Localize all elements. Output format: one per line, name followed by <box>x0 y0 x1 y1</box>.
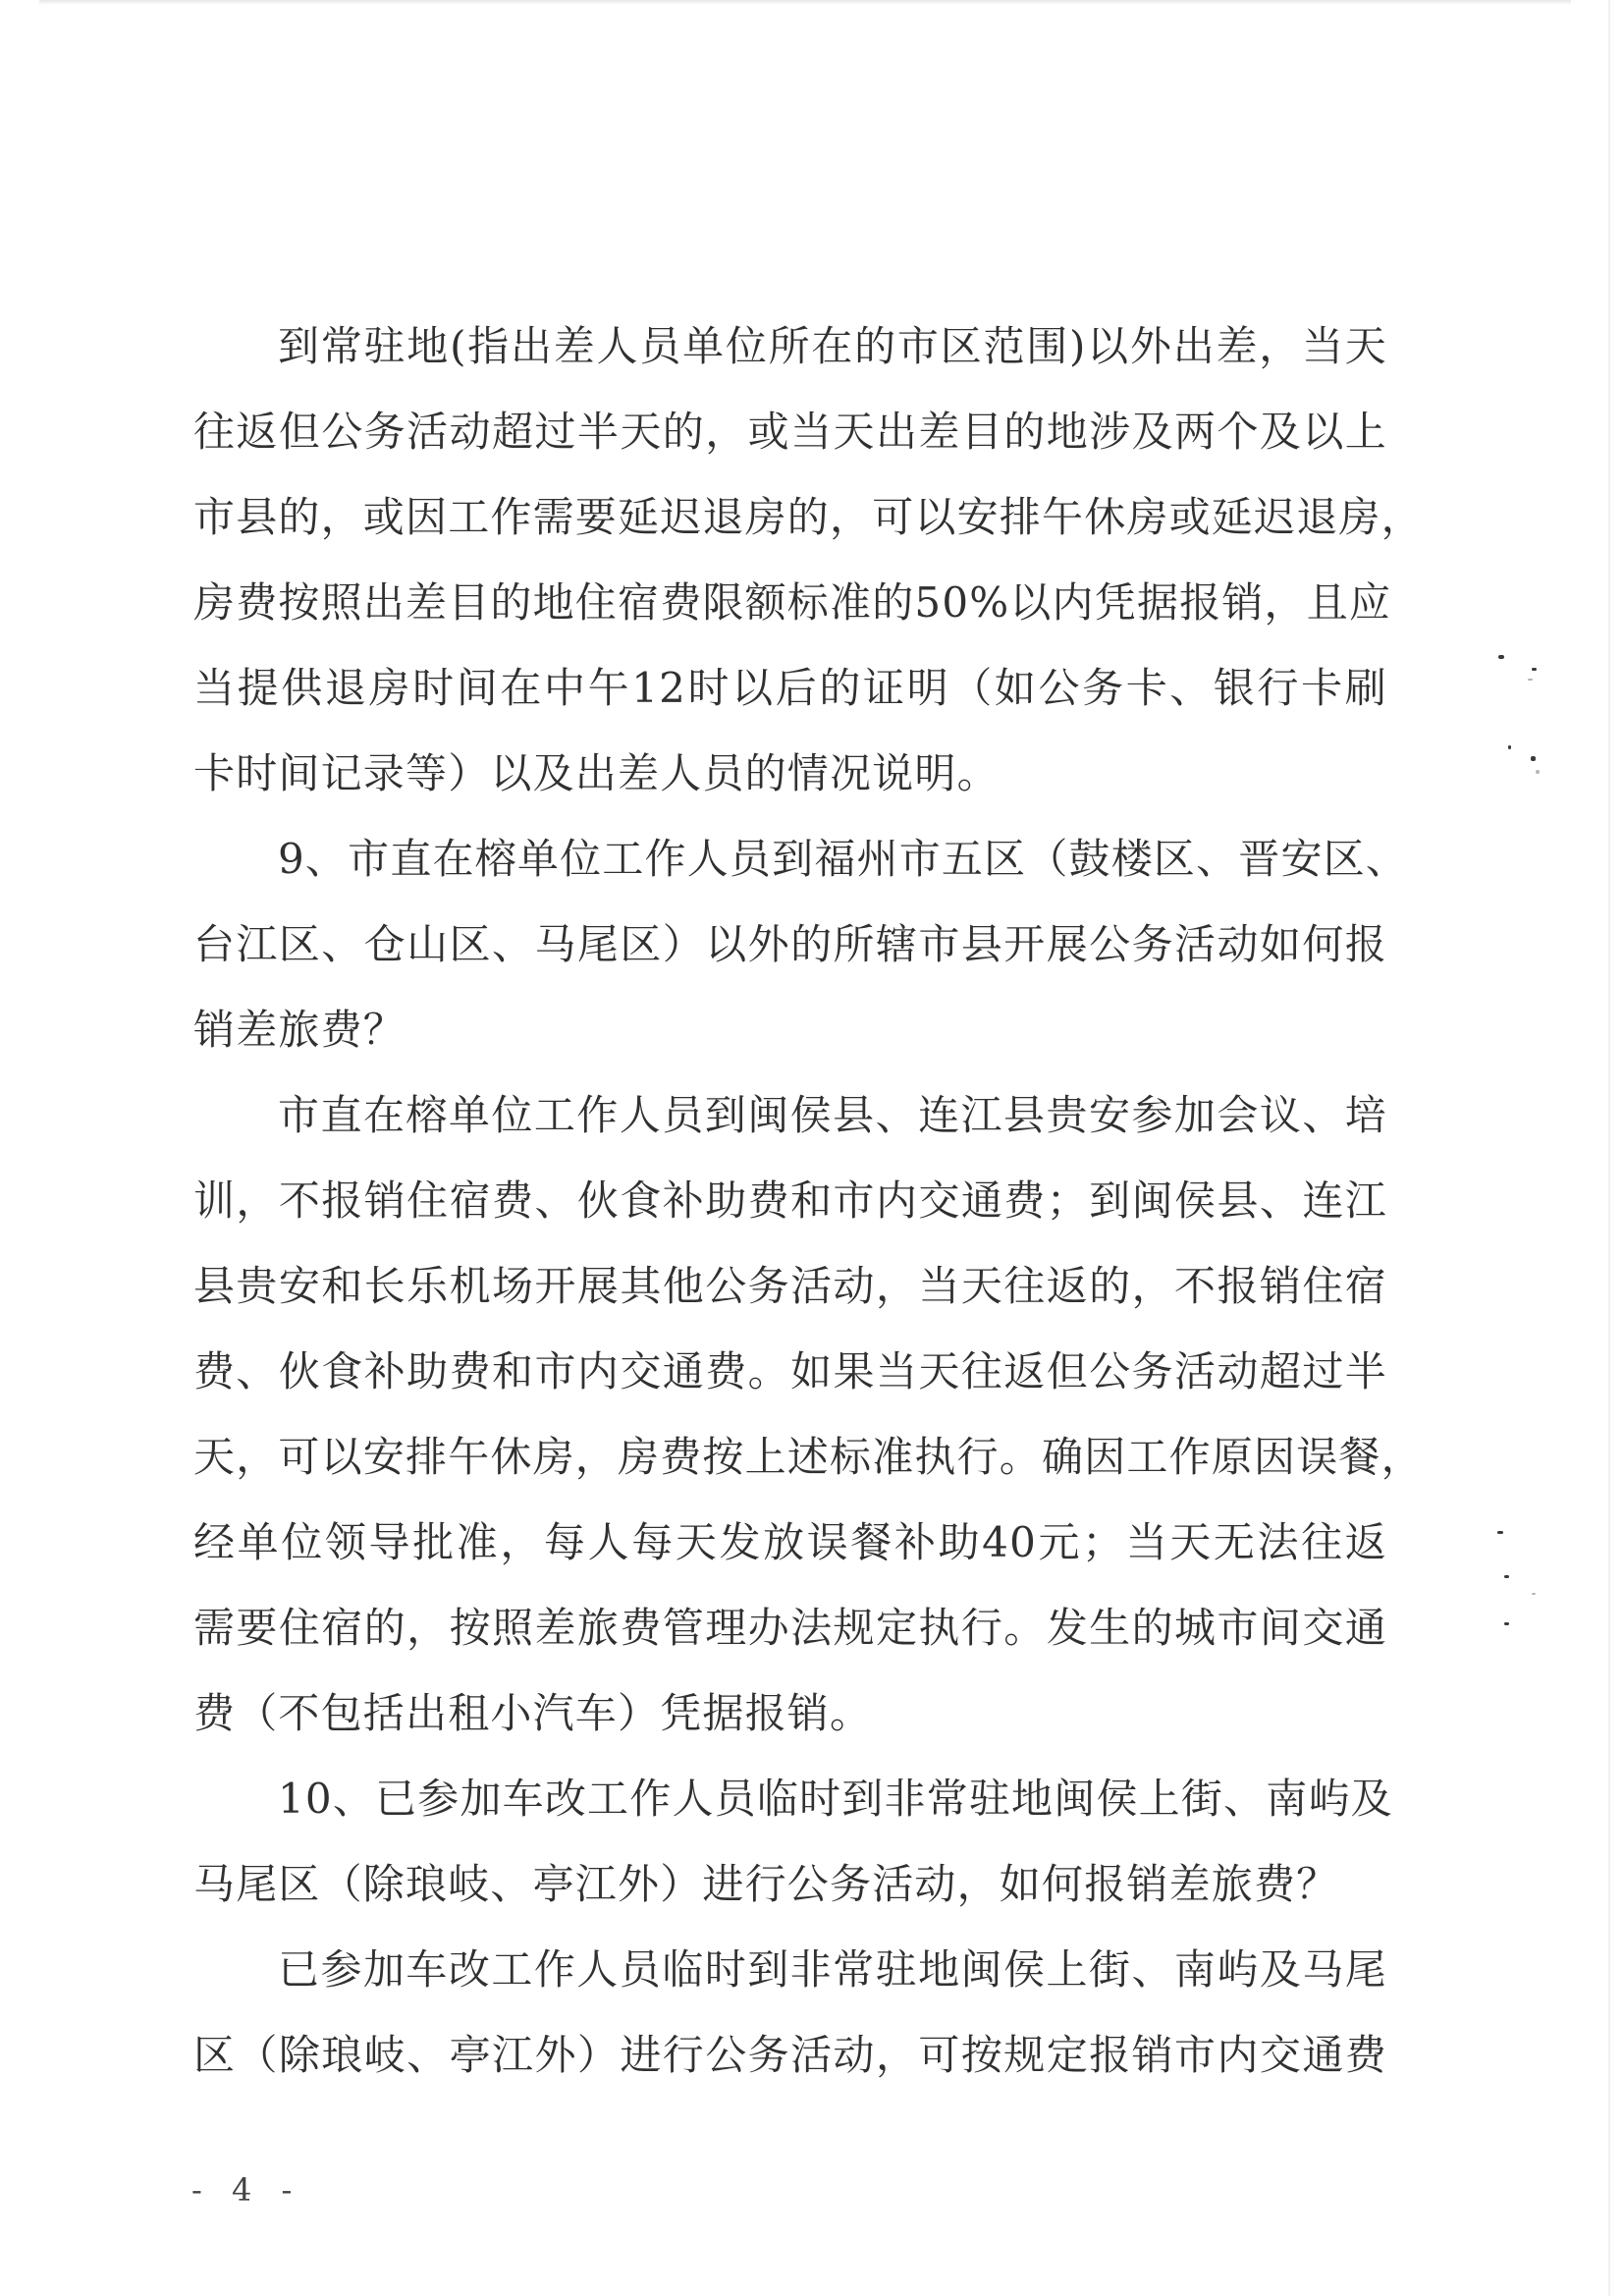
scan-speck <box>1536 770 1540 774</box>
paragraph-continuation-8: 到常驻地(指出差人员单位所在的市区范围)以外出差，当天 往返但公务活动超过半天的… <box>193 316 1387 829</box>
scan-speck <box>1504 1622 1509 1625</box>
text-line: 县贵安和长乐机场开展其他公务活动，当天往返的，不报销住宿 <box>193 1256 1387 1341</box>
text-line: 销差旅费？ <box>193 1000 1387 1085</box>
text-line: 当提供退房时间在中午12时以后的证明（如公务卡、银行卡刷 <box>193 658 1387 743</box>
text-line: 经单位领导批准，每人每天发放误餐补助40元；当天无法往返 <box>193 1512 1387 1598</box>
text-line: 到常驻地(指出差人员单位所在的市区范围)以外出差，当天 <box>193 316 1387 402</box>
text-line: 需要住宿的，按照差旅费管理办法规定执行。发生的城市间交通 <box>193 1598 1387 1683</box>
question-9: 9、市直在榕单位工作人员到福州市五区（鼓楼区、晋安区、 台江区、仓山区、马尾区）… <box>193 829 1387 1085</box>
text-line: 9、市直在榕单位工作人员到福州市五区（鼓楼区、晋安区、 <box>193 829 1387 914</box>
text-line: 训，不报销住宿费、伙食补助费和市内交通费；到闽侯县、连江 <box>193 1171 1387 1256</box>
text-line: 市县的，或因工作需要延迟退房的，可以安排午休房或延迟退房， <box>193 487 1387 573</box>
text-line: 费、伙食补助费和市内交通费。如果当天往返但公务活动超过半 <box>193 1341 1387 1427</box>
scan-speck <box>1508 745 1511 749</box>
text-line: 台江区、仓山区、马尾区）以外的所辖市县开展公务活动如何报 <box>193 914 1387 1000</box>
text-line: 已参加车改工作人员临时到非常驻地闽侯上街、南屿及马尾 <box>193 1940 1387 2025</box>
text-line: 马尾区（除琅岐、亭江外）进行公务活动，如何报销差旅费？ <box>193 1854 1387 1940</box>
question-10: 10、已参加车改工作人员临时到非常驻地闽侯上街、南屿及 马尾区（除琅岐、亭江外）… <box>193 1769 1387 1940</box>
scan-speck <box>1532 668 1537 671</box>
text-line: 往返但公务活动超过半天的，或当天出差目的地涉及两个及以上 <box>193 402 1387 487</box>
text-line: 卡时间记录等）以及出差人员的情况说明。 <box>193 743 1387 829</box>
text-line: 房费按照出差目的地住宿费限额标准的50%以内凭据报销，且应 <box>193 573 1387 658</box>
scan-speck <box>1531 756 1536 761</box>
answer-10: 已参加车改工作人员临时到非常驻地闽侯上街、南屿及马尾 区（除琅岐、亭江外）进行公… <box>193 1940 1387 2110</box>
scan-speck <box>1528 679 1533 681</box>
text-line: 天，可以安排午休房，房费按上述标准执行。确因工作原因误餐， <box>193 1427 1387 1512</box>
document-body: 到常驻地(指出差人员单位所在的市区范围)以外出差，当天 往返但公务活动超过半天的… <box>193 316 1387 2110</box>
page-number: - 4 - <box>191 2170 301 2210</box>
scan-speck <box>1497 1531 1503 1534</box>
scan-top-edge <box>39 0 1571 5</box>
text-line: 市直在榕单位工作人员到闽侯县、连江县贵安参加会议、培 <box>193 1085 1387 1171</box>
scan-right-edge <box>1608 0 1610 2296</box>
scan-speck <box>1504 1575 1509 1578</box>
text-line: 费（不包括出租小汽车）凭据报销。 <box>193 1683 1387 1769</box>
answer-9: 市直在榕单位工作人员到闽侯县、连江县贵安参加会议、培 训，不报销住宿费、伙食补助… <box>193 1085 1387 1769</box>
scan-speck <box>1532 1593 1536 1595</box>
scan-speck <box>1498 655 1504 659</box>
text-line: 10、已参加车改工作人员临时到非常驻地闽侯上街、南屿及 <box>193 1769 1387 1854</box>
text-line: 区（除琅岐、亭江外）进行公务活动，可按规定报销市内交通费 <box>193 2025 1387 2110</box>
